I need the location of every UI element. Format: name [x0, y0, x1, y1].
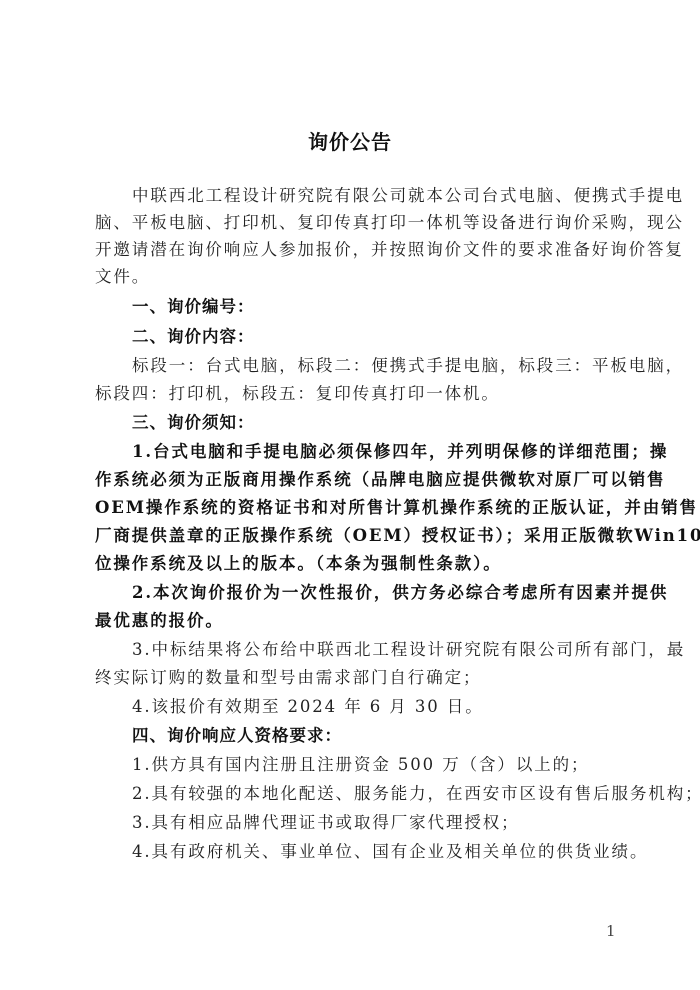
content-line: 标段一：台式电脑，标段二：便携式手提电脑，标段三：平板电脑，: [132, 356, 613, 376]
section-heading-inquiry-number: 一、询价编号：: [132, 297, 613, 317]
notice-line: 位操作系统及以上的版本。（本条为强制性条款）。: [95, 554, 613, 574]
notice-line: 厂商提供盖章的正版操作系统（OEM）授权证书）；采用正版微软Win10 64: [95, 526, 613, 546]
document-title: 询价公告: [0, 126, 700, 155]
intro-line: 开邀请潜在询价响应人参加报价，并按照询价文件的要求准备好询价答复: [95, 240, 613, 260]
notice-line: OEM操作系统的资格证书和对所售计算机操作系统的正版认证，并由销售: [95, 498, 613, 518]
qualification-item: 3.具有相应品牌代理证书或取得厂家代理授权；: [132, 813, 613, 833]
notice-line: 作系统必须为正版商用操作系统（品牌电脑应提供微软对原厂可以销售: [95, 470, 613, 490]
notice-line: 终实际订购的数量和型号由需求部门自行确定；: [95, 668, 613, 688]
content-line: 标段四：打印机，标段五：复印传真打印一体机。: [95, 384, 613, 404]
intro-line: 中联西北工程设计研究院有限公司就本公司台式电脑、便携式手提电: [132, 186, 613, 206]
notice-item-4: 4.该报价有效期至 2024 年 6 月 30 日。: [132, 697, 613, 717]
section-heading-qualifications: 四、询价响应人资格要求：: [132, 726, 613, 746]
notice-line: 最优惠的报价。: [95, 611, 613, 631]
notice-line: 3.中标结果将公布给中联西北工程设计研究院有限公司所有部门，最: [132, 640, 613, 660]
page-number: 1: [606, 922, 616, 940]
notice-line: 2.本次询价报价为一次性报价，供方务必综合考虑所有因素并提供: [132, 583, 613, 603]
qualification-item: 4.具有政府机关、事业单位、国有企业及相关单位的供货业绩。: [132, 842, 613, 862]
qualification-item: 2.具有较强的本地化配送、服务能力，在西安市区设有售后服务机构；: [132, 784, 613, 804]
intro-line: 脑、平板电脑、打印机、复印传真打印一体机等设备进行询价采购，现公: [95, 213, 613, 233]
intro-line: 文件。: [95, 267, 613, 287]
section-heading-inquiry-content: 二、询价内容：: [132, 327, 613, 347]
document-page: 询价公告 中联西北工程设计研究院有限公司就本公司台式电脑、便携式手提电 脑、平板…: [0, 0, 700, 990]
notice-line: 1.台式电脑和手提电脑必须保修四年，并列明保修的详细范围；操: [132, 442, 613, 462]
section-heading-inquiry-notice: 三、询价须知：: [132, 413, 613, 433]
qualification-item: 1.供方具有国内注册且注册资金 500 万（含）以上的；: [132, 755, 613, 775]
